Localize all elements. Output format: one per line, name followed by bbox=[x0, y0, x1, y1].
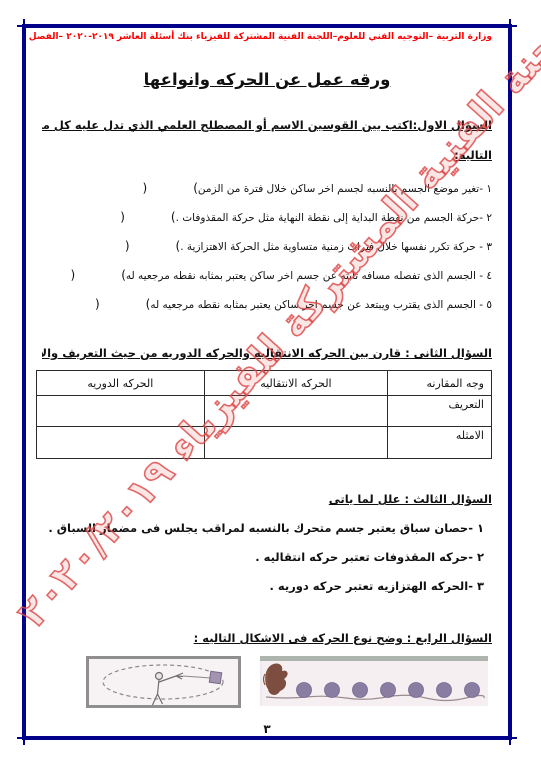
question3-item-1: ١ -حصان سباق يعتبر جسم متحرك بالنسبه لمر… bbox=[42, 520, 492, 536]
answer-paren-close: ) bbox=[120, 210, 125, 225]
table-header-row: وجه المقارنه الحركه الانتقاليه الحركه ال… bbox=[37, 371, 492, 396]
border-corner-ornament bbox=[17, 731, 31, 745]
ball bbox=[409, 683, 424, 698]
page-content: وزارة التربية –التوجيه الفني للعلوم–اللج… bbox=[26, 28, 508, 736]
figure-whirling-object-image bbox=[86, 656, 241, 708]
question1-items-list: ١ -تغير موضع الجسم بالنسبه لجسم اخر ساكن… bbox=[42, 181, 492, 313]
table-header-aspect: وجه المقارنه bbox=[388, 371, 492, 396]
answer-paren-open: ( bbox=[176, 239, 181, 254]
answer-paren-open: ( bbox=[146, 297, 151, 312]
question3-heading: السؤال الثالث : علل لما ياتى bbox=[42, 491, 492, 507]
border-corner-ornament bbox=[503, 19, 517, 33]
answer-paren-close: ) bbox=[143, 181, 148, 196]
question3-item-3: ٣ -الحركه الهتزازيه تعتبر حركه دوريه . bbox=[42, 578, 492, 594]
item-text: ٢ -حركة الجسم من نقطة البداية إلى نقطة ا… bbox=[176, 211, 492, 226]
ball bbox=[381, 683, 396, 698]
question1-item-5: ٥ - الجسم الذى يقترب ويبتعد عن جسم اخر س… bbox=[42, 297, 492, 313]
ball bbox=[465, 683, 480, 698]
answer-paren-open: ( bbox=[171, 210, 176, 225]
question4-figures-row bbox=[42, 656, 492, 708]
answer-paren-open: ( bbox=[121, 268, 126, 283]
table-header-periodic: الحركه الدوريه bbox=[37, 371, 205, 396]
ball bbox=[297, 683, 312, 698]
question1-item-3: ٣ - حركة تكرر نفسها خلال فترات زمنية متس… bbox=[42, 239, 492, 255]
question1-item-2: ٢ -حركة الجسم من نقطة البداية إلى نقطة ا… bbox=[42, 210, 492, 226]
item-text: ٥ - الجسم الذى يقترب ويبتعد عن جسم اخر س… bbox=[150, 298, 492, 313]
table-row-examples: الامثله bbox=[37, 427, 492, 459]
ball bbox=[437, 683, 452, 698]
row-label-examples: الامثله bbox=[388, 427, 492, 459]
answer-paren-open: ( bbox=[193, 181, 198, 196]
table-cell-empty bbox=[204, 427, 388, 459]
whirled-object-cube bbox=[209, 671, 221, 683]
ball bbox=[325, 683, 340, 698]
answer-paren-close: ) bbox=[125, 239, 130, 254]
photo-top-strip bbox=[260, 656, 488, 661]
border-corner-ornament bbox=[503, 731, 517, 745]
question1-item-4: ٤ - الجسم الذى تفصله مسافه ثابته عن جسم … bbox=[42, 268, 492, 284]
item-text: ٣ - حركة تكرر نفسها خلال فترات زمنية متس… bbox=[180, 240, 492, 255]
table-cell-empty bbox=[204, 396, 388, 427]
figure-head bbox=[156, 673, 163, 680]
border-corner-ornament bbox=[17, 19, 31, 33]
row-label-definition: التعريف bbox=[388, 396, 492, 427]
table-row-definition: التعريف bbox=[37, 396, 492, 427]
question2-heading: السؤال الثانى : قارن بين الحركه الانتقال… bbox=[42, 345, 492, 361]
question1-item-1: ١ -تغير موضع الجسم بالنسبه لجسم اخر ساكن… bbox=[42, 181, 492, 197]
answer-paren-close: ) bbox=[95, 297, 100, 312]
item-text: ١ -تغير موضع الجسم بالنسبه لجسم اخر ساكن… bbox=[198, 182, 492, 197]
answer-paren-close: ) bbox=[71, 268, 76, 283]
ball bbox=[353, 683, 368, 698]
document-header: وزارة التربية –التوجيه الفني للعلوم–اللج… bbox=[42, 31, 492, 43]
page-title: ورقه عمل عن الحركه وانواعها bbox=[42, 69, 492, 91]
question3-items-list: ١ -حصان سباق يعتبر جسم متحرك بالنسبه لمر… bbox=[42, 520, 492, 594]
table-cell-empty bbox=[37, 427, 205, 459]
page-number: ٣ bbox=[42, 722, 492, 736]
table-header-translational: الحركه الانتقاليه bbox=[204, 371, 388, 396]
question1-heading-line1: السؤال الاول:اكتب بين القوسين الاسم أو ا… bbox=[42, 117, 492, 133]
question3-item-2: ٢ -حركه المقذوفات تعتبر حركه انتقاليه . bbox=[42, 549, 492, 565]
figure-hand-rolling-ball-image bbox=[260, 656, 488, 706]
comparison-table: وجه المقارنه الحركه الانتقاليه الحركه ال… bbox=[36, 370, 492, 459]
item-text: ٤ - الجسم الذى تفصله مسافه ثابته عن جسم … bbox=[126, 269, 492, 284]
table-cell-empty bbox=[37, 396, 205, 427]
question4-heading: السؤال الرابع : وضح نوع الحركه فى الاشكا… bbox=[42, 630, 492, 646]
question1-heading-line2: التاليه: bbox=[42, 147, 492, 163]
page-border: وزارة التربية –التوجيه الفني للعلوم–اللج… bbox=[22, 24, 512, 740]
